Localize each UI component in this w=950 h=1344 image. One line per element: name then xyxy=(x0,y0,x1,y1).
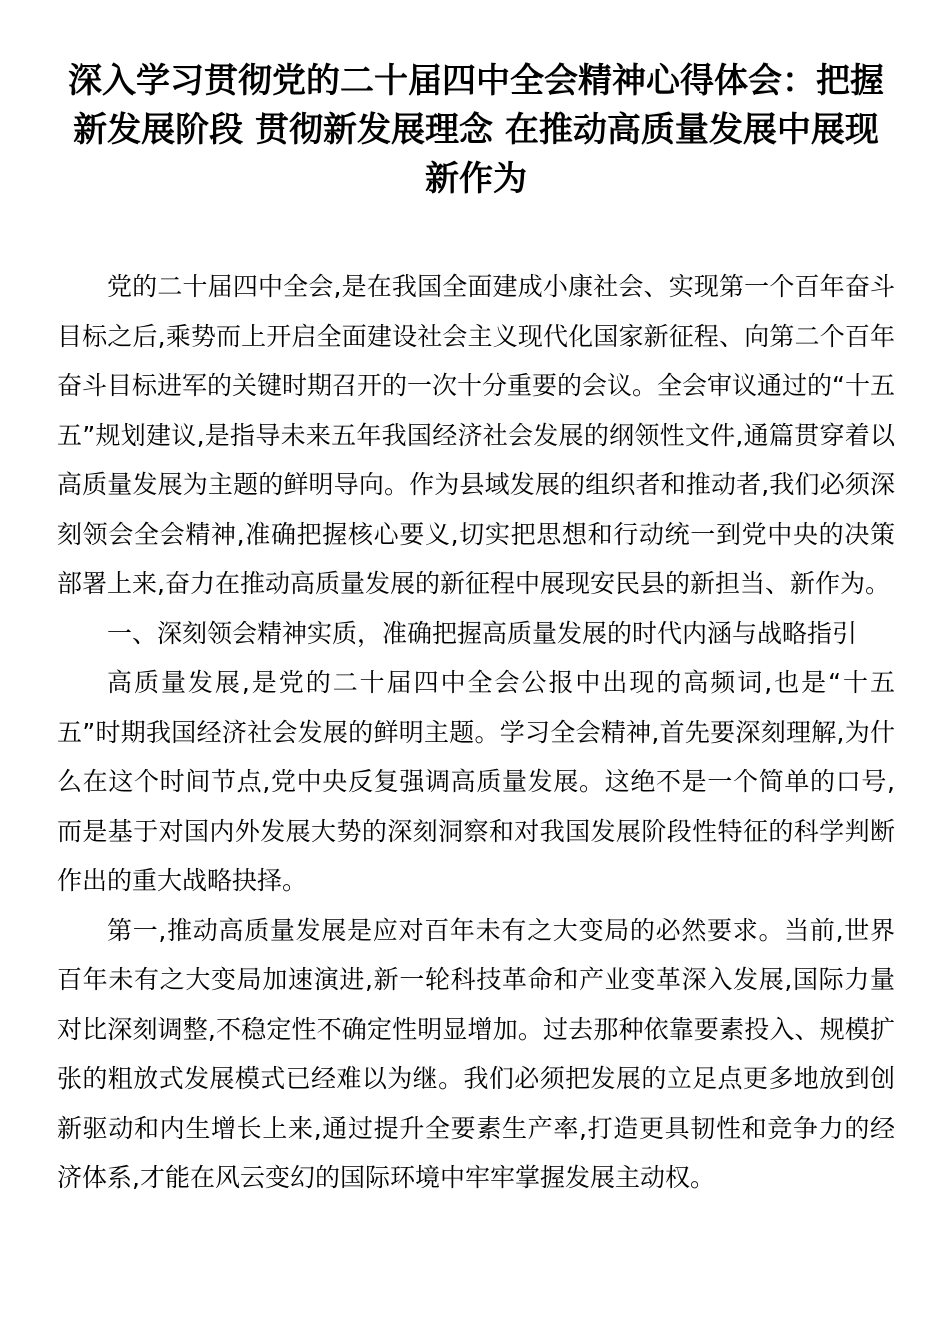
document-page: 深入学习贯彻党的二十届四中全会精神心得体会：把握新发展阶段 贯彻新发展理念 在推… xyxy=(0,0,950,1344)
body-paragraph: 第一,推动高质量发展是应对百年未有之大变局的必然要求。当前,世界百年未有之大变局… xyxy=(57,906,895,1203)
document-title: 深入学习贯彻党的二十届四中全会精神心得体会：把握新发展阶段 贯彻新发展理念 在推… xyxy=(57,57,895,204)
body-paragraph: 高质量发展,是党的二十届四中全会公报中出现的高频词,也是“十五五”时期我国经济社… xyxy=(57,658,895,906)
section-heading: 一、深刻领会精神实质，准确把握高质量发展的时代内涵与战略指引 xyxy=(57,609,895,659)
document-body: 党的二十届四中全会,是在我国全面建成小康社会、实现第一个百年奋斗目标之后,乘势而… xyxy=(57,262,895,1203)
body-paragraph: 党的二十届四中全会,是在我国全面建成小康社会、实现第一个百年奋斗目标之后,乘势而… xyxy=(57,262,895,609)
